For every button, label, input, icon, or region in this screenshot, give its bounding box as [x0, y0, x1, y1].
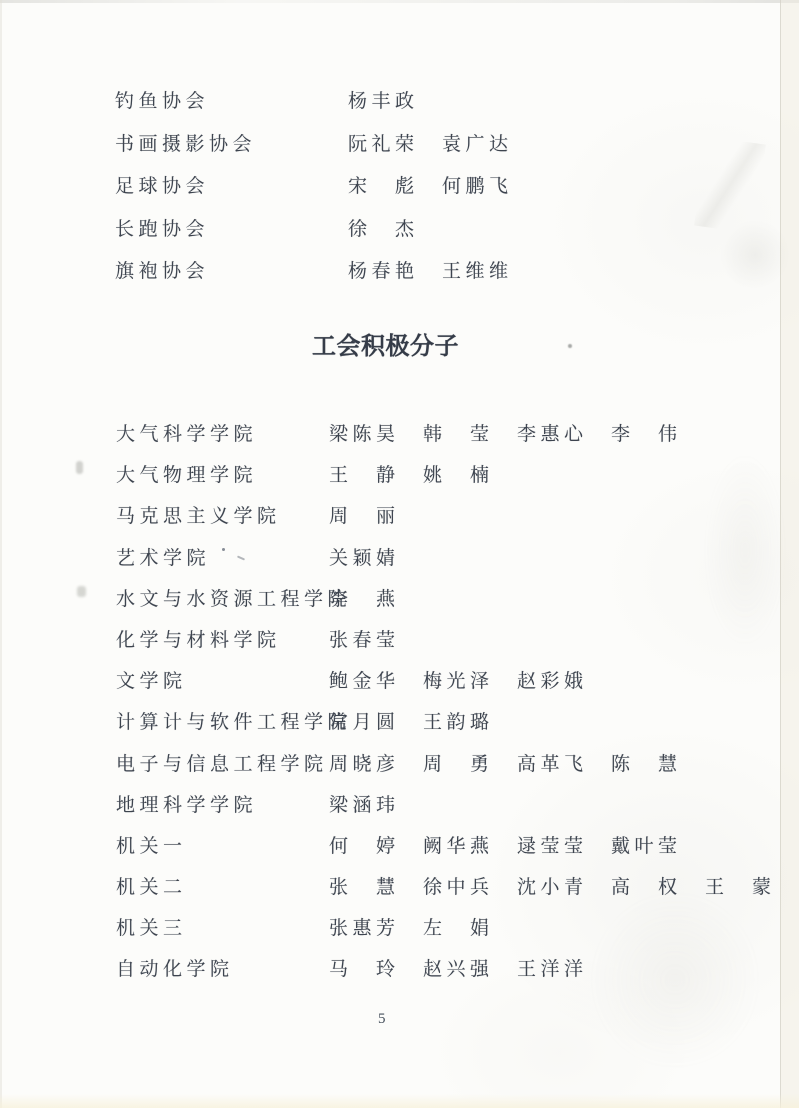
section-heading: 工会积极分子: [312, 326, 459, 361]
scan-speck: [568, 344, 572, 348]
roster-row: 长跑协会 徐 杰: [0, 209, 799, 252]
member-names: 宋 彪 何鹏飞: [348, 166, 513, 209]
org-label: 大气科学学院: [116, 414, 329, 455]
org-label: 地理科学学院: [116, 785, 329, 826]
org-label: 电子与信息工程学院: [116, 744, 329, 785]
org-label: 机关三: [116, 908, 329, 949]
member-names: 梁涵玮: [329, 785, 400, 826]
member-names: 常月圆 王韵璐: [329, 702, 494, 743]
roster-row: 机关一 何 婷 阙华燕 逯莹莹 戴叶莹: [0, 826, 799, 867]
roster-row: 大气物理学院 王 静 姚 楠: [0, 455, 799, 496]
org-label: 钓鱼协会: [115, 81, 348, 124]
roster-row: 大气科学学院 梁陈昊 韩 莹 李惠心 李 伟: [0, 414, 799, 455]
org-label: 机关一: [116, 826, 329, 867]
member-names: 周晓彦 周 勇 高革飞 陈 慧: [329, 744, 682, 785]
org-label: 水文与水资源工程学院: [116, 579, 329, 620]
member-names: 王 静 姚 楠: [329, 455, 494, 496]
roster-row: 文学院 鲍金华 梅光泽 赵彩娥: [0, 661, 799, 702]
member-names: 张春莹: [329, 620, 400, 661]
org-label: 艺术学院: [116, 538, 329, 579]
roster-row: 电子与信息工程学院 周晓彦 周 勇 高革飞 陈 慧: [0, 744, 799, 785]
roster-row: 地理科学学院 梁涵玮: [0, 785, 799, 826]
member-names: 张惠芳 左 娟: [329, 908, 494, 949]
roster-row: 旗袍协会 杨春艳 王维维: [0, 251, 799, 294]
scan-edge-top: [0, 0, 799, 3]
member-names: 马 玲 赵兴强 王洋洋: [329, 949, 588, 990]
roster-row: 机关二 张 慧 徐中兵 沈小青 高 权 王 蒙: [0, 867, 799, 908]
member-names: 杨春艳 王维维: [348, 251, 513, 294]
roster-row: 水文与水资源工程学院 李 燕: [0, 579, 799, 620]
member-names: 关颖婧: [329, 538, 400, 579]
roster-row: 化学与材料学院 张春莹: [0, 620, 799, 661]
member-names: 张 慧 徐中兵 沈小青 高 权 王 蒙: [329, 867, 776, 908]
associations-roster: 钓鱼协会 杨丰政 书画摄影协会 阮礼荣 袁广达 足球协会 宋 彪 何鹏飞 长跑协…: [0, 81, 799, 294]
org-label: 马克思主义学院: [116, 496, 329, 537]
member-names: 周 丽: [329, 496, 400, 537]
org-label: 化学与材料学院: [116, 620, 329, 661]
roster-row: 计算计与软件工程学院 常月圆 王韵璐: [0, 702, 799, 743]
org-label: 长跑协会: [115, 209, 348, 252]
scan-edge-bottom: [0, 1094, 799, 1108]
org-label: 自动化学院: [116, 949, 329, 990]
org-label: 机关二: [116, 867, 329, 908]
roster-row: 艺术学院 关颖婧: [0, 538, 799, 579]
org-label: 旗袍协会: [115, 251, 348, 294]
member-names: 李 燕: [329, 579, 400, 620]
member-names: 杨丰政: [348, 81, 419, 124]
roster-row: 钓鱼协会 杨丰政: [0, 81, 799, 124]
org-label: 大气物理学院: [116, 455, 329, 496]
org-label: 书画摄影协会: [115, 124, 348, 167]
member-names: 徐 杰: [348, 209, 419, 252]
roster-row: 书画摄影协会 阮礼荣 袁广达: [0, 124, 799, 167]
page-number: 5: [378, 1011, 386, 1028]
org-label: 计算计与软件工程学院: [116, 702, 329, 743]
union-activists-roster: 大气科学学院 梁陈昊 韩 莹 李惠心 李 伟 大气物理学院 王 静 姚 楠 马克…: [0, 414, 799, 991]
roster-row: 机关三 张惠芳 左 娟: [0, 908, 799, 949]
roster-row: 自动化学院 马 玲 赵兴强 王洋洋: [0, 949, 799, 990]
member-names: 阮礼荣 袁广达: [348, 124, 513, 167]
org-label: 文学院: [116, 661, 329, 702]
member-names: 何 婷 阙华燕 逯莹莹 戴叶莹: [329, 826, 682, 867]
roster-row: 马克思主义学院 周 丽: [0, 496, 799, 537]
org-label: 足球协会: [115, 166, 348, 209]
document-page: 钓鱼协会 杨丰政 书画摄影协会 阮礼荣 袁广达 足球协会 宋 彪 何鹏飞 长跑协…: [0, 0, 799, 1108]
member-names: 梁陈昊 韩 莹 李惠心 李 伟: [329, 414, 682, 455]
member-names: 鲍金华 梅光泽 赵彩娥: [329, 661, 588, 702]
roster-row: 足球协会 宋 彪 何鹏飞: [0, 166, 799, 209]
